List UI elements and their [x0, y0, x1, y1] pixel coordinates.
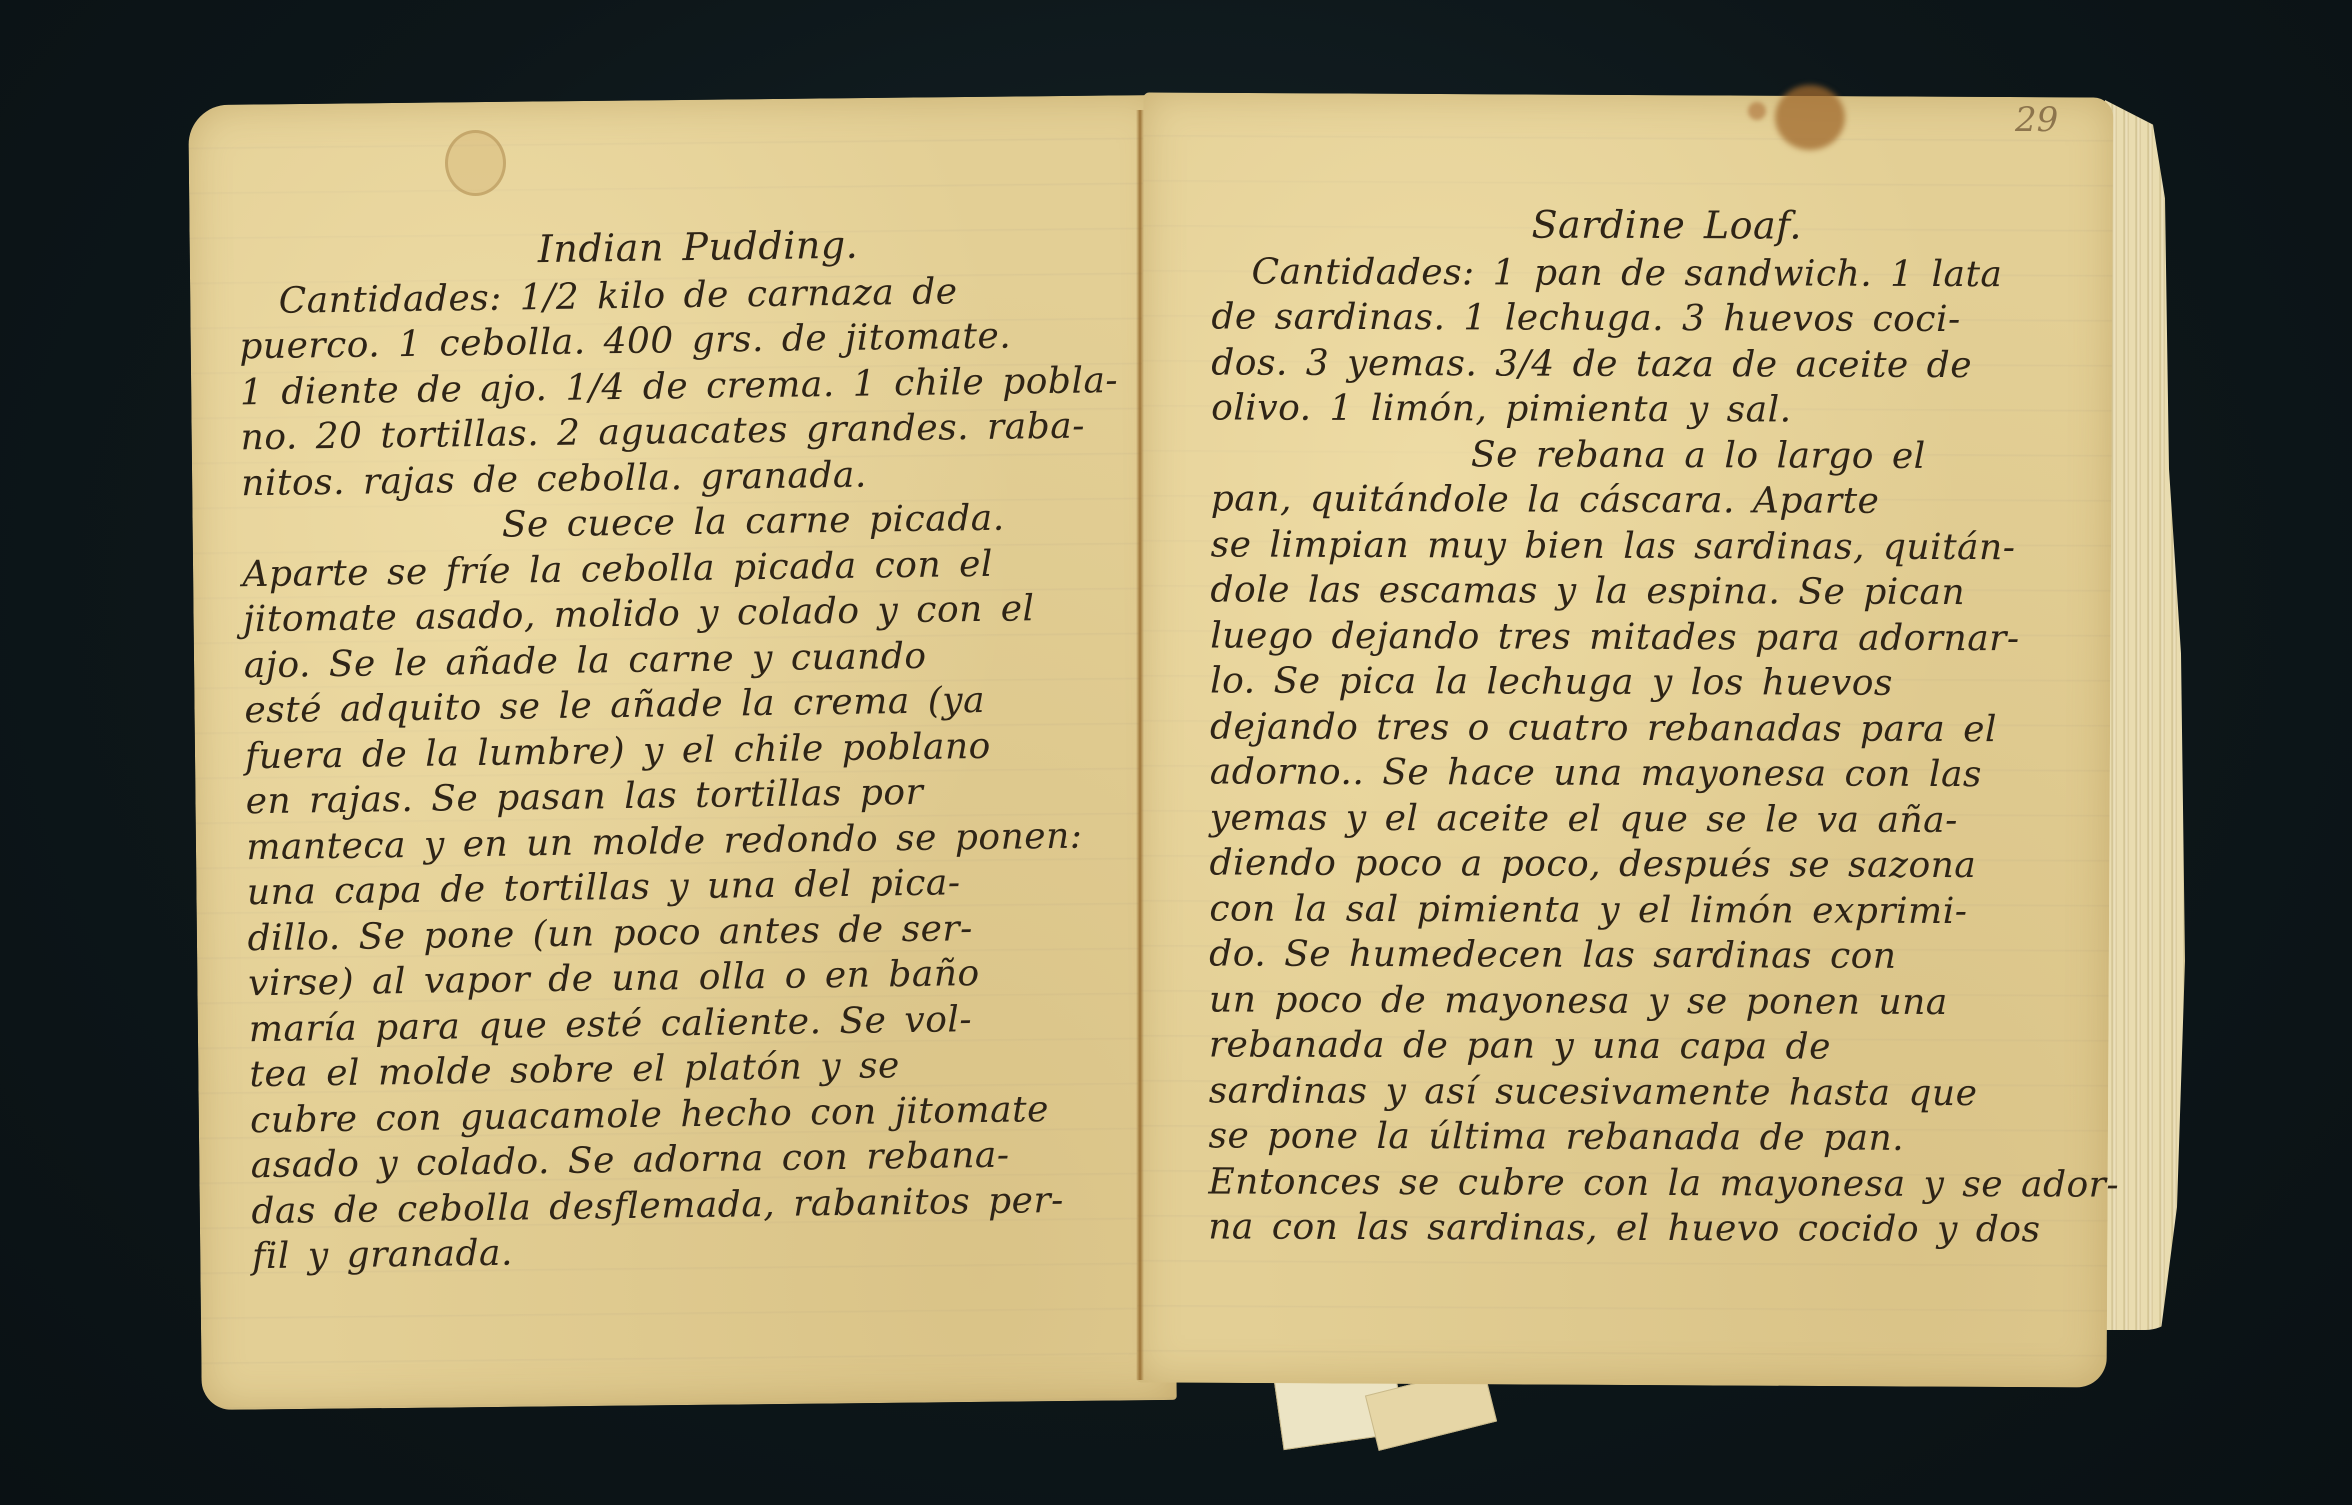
- recipe-line: pan, quitándole la cáscara. Aparte: [1211, 476, 2101, 525]
- recipe-line: dos. 3 yemas. 3/4 de taza de aceite de: [1211, 340, 2101, 389]
- recipe-line: con la sal pimienta y el limón exprimi-: [1209, 886, 2099, 935]
- recipe-line: do. Se humedecen las sardinas con: [1209, 931, 2099, 980]
- recipe-line: rebanada de pan y una capa de: [1209, 1022, 2099, 1071]
- recipe-line: luego dejando tres mitades para adornar-: [1210, 613, 2100, 662]
- page-stack-edge: [2105, 100, 2185, 1330]
- recipe-line: se limpian muy bien las sardinas, quitán…: [1211, 522, 2101, 571]
- recipe-line: se pone la última rebanada de pan.: [1208, 1113, 2098, 1162]
- recipe-line: sardinas y así sucesivamente hasta que: [1209, 1068, 2099, 1117]
- recipe-line: adorno.. Se hace una mayonesa con las: [1210, 749, 2100, 798]
- recipe-line: na con las sardinas, el huevo cocido y d…: [1208, 1204, 2098, 1253]
- recipe-title: Sardine Loaf.: [1212, 201, 2102, 250]
- page-number: 29: [2015, 100, 2058, 140]
- recipe-line: Entonces se cubre con la mayonesa y se a…: [1208, 1159, 2098, 1208]
- right-recipe: Sardine Loaf. Cantidades: 1 pan de sandw…: [1208, 201, 2102, 1253]
- recipe-line: diendo poco a poco, después se sazona: [1209, 840, 2099, 889]
- recipe-line: olivo. 1 limón, pimienta y sal.: [1211, 385, 2101, 434]
- recipe-line: Se rebana a lo largo el: [1211, 431, 2101, 480]
- paper-stain: [1748, 102, 1766, 120]
- recipe-line: dejando tres o cuatro rebanadas para el: [1210, 704, 2100, 753]
- open-recipe-notebook: 29 Indian Pudding. Cantidades: 1/2 kilo …: [0, 0, 2352, 1505]
- recipe-line: dole las escamas y la espina. Se pican: [1210, 567, 2100, 616]
- recipe-line: lo. Se pica la lechuga y los huevos: [1210, 658, 2100, 707]
- recipe-line: Cantidades: 1 pan de sandwich. 1 lata: [1212, 249, 2102, 298]
- recipe-line: un poco de mayonesa y se ponen una: [1209, 977, 2099, 1026]
- left-recipe: Indian Pudding. Cantidades: 1/2 kilo de …: [238, 219, 1153, 1280]
- recipe-line: yemas y el aceite el que se le va aña-: [1210, 795, 2100, 844]
- paper-stain: [1775, 85, 1845, 150]
- recipe-line: de sardinas. 1 lechuga. 3 huevos coci-: [1211, 294, 2101, 343]
- paper-stain: [445, 130, 506, 196]
